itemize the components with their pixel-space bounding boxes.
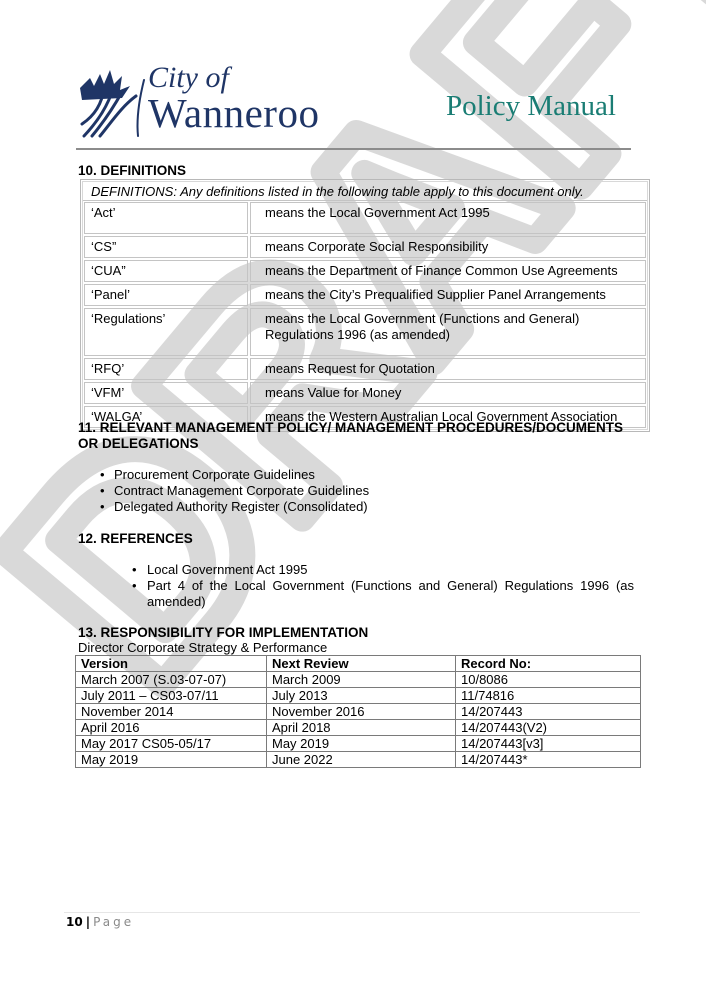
footer-separator: | bbox=[86, 915, 90, 929]
table-cell: July 2013 bbox=[267, 688, 456, 704]
definitions-caption: DEFINITIONS: Any definitions listed in t… bbox=[83, 182, 647, 201]
policy-manual-title: Policy Manual bbox=[446, 90, 616, 123]
definition-row: ‘Regulations’means the Local Government … bbox=[83, 307, 647, 357]
related-documents-list: Procurement Corporate Guidelines Contrac… bbox=[100, 467, 369, 515]
header-divider bbox=[76, 148, 631, 150]
list-item: Procurement Corporate Guidelines bbox=[100, 467, 369, 483]
table-row: November 2014November 201614/207443 bbox=[76, 704, 641, 720]
list-item: Delegated Authority Register (Consolidat… bbox=[100, 499, 369, 515]
column-header: Version bbox=[76, 656, 267, 672]
table-cell: 10/8086 bbox=[456, 672, 641, 688]
table-cell: July 2011 – CS03-07/11 bbox=[76, 688, 267, 704]
table-cell: March 2009 bbox=[267, 672, 456, 688]
section-11-heading-line1: 11. RELEVANT MANAGEMENT POLICY/ MANAGEME… bbox=[78, 420, 623, 436]
page-label: Page bbox=[93, 915, 134, 929]
section-10-heading: 10. DEFINITIONS bbox=[78, 163, 186, 179]
definition-row: ‘Act’means the Local Government Act 1995 bbox=[83, 201, 647, 235]
table-header-row: VersionNext ReviewRecord No: bbox=[76, 656, 641, 672]
responsible-officer: Director Corporate Strategy & Performanc… bbox=[78, 640, 327, 656]
table-row: May 2019June 202214/207443* bbox=[76, 752, 641, 768]
definition-row: ‘VFM’means Value for Money bbox=[83, 381, 647, 405]
table-cell: 14/207443 bbox=[456, 704, 641, 720]
table-row: May 2017 CS05-05/17May 201914/207443[v3] bbox=[76, 736, 641, 752]
table-cell: June 2022 bbox=[267, 752, 456, 768]
definition-description: means Corporate Social Responsibility bbox=[250, 236, 646, 258]
definition-term: ‘Act’ bbox=[84, 202, 248, 234]
table-cell: November 2014 bbox=[76, 704, 267, 720]
list-item: Local Government Act 1995 bbox=[124, 562, 634, 578]
version-history-table: VersionNext ReviewRecord No:March 2007 (… bbox=[75, 655, 641, 768]
definition-description: means the Department of Finance Common U… bbox=[250, 260, 646, 282]
section-11-heading-line2: OR DELEGATIONS bbox=[78, 436, 623, 452]
document-page: DRAFT City of Wanneroo Policy Manual 10.… bbox=[0, 0, 706, 1005]
definition-description: means Request for Quotation bbox=[250, 358, 646, 380]
definition-term: ‘Panel’ bbox=[84, 284, 248, 306]
table-cell: 11/74816 bbox=[456, 688, 641, 704]
table-cell: March 2007 (S.03-07-07) bbox=[76, 672, 267, 688]
kangaroo-paw-icon bbox=[78, 66, 146, 138]
definition-description: means the Local Government (Functions an… bbox=[250, 308, 646, 356]
table-row: July 2011 – CS03-07/11July 201311/74816 bbox=[76, 688, 641, 704]
page-number: 10 bbox=[66, 915, 83, 929]
list-item: Part 4 of the Local Government (Function… bbox=[124, 578, 634, 610]
references-list: Local Government Act 1995 Part 4 of the … bbox=[124, 562, 634, 610]
table-row: April 2016April 201814/207443(V2) bbox=[76, 720, 641, 736]
definition-description: means the Local Government Act 1995 bbox=[250, 202, 646, 234]
definition-term: ‘CS” bbox=[84, 236, 248, 258]
definition-row: ‘Panel’ means the City’s Prequalified Su… bbox=[83, 283, 647, 307]
definition-row: ‘CS”means Corporate Social Responsibilit… bbox=[83, 235, 647, 259]
table-cell: April 2016 bbox=[76, 720, 267, 736]
section-11-heading: 11. RELEVANT MANAGEMENT POLICY/ MANAGEME… bbox=[78, 420, 623, 452]
page-footer: 10|Page bbox=[66, 915, 134, 929]
definition-term: ‘CUA” bbox=[84, 260, 248, 282]
column-header: Record No: bbox=[456, 656, 641, 672]
table-row: March 2007 (S.03-07-07)March 200910/8086 bbox=[76, 672, 641, 688]
footer-divider bbox=[64, 912, 640, 913]
section-12-heading: 12. REFERENCES bbox=[78, 531, 193, 547]
table-cell: 14/207443[v3] bbox=[456, 736, 641, 752]
definition-term: ‘RFQ’ bbox=[84, 358, 248, 380]
definition-term: ‘VFM’ bbox=[84, 382, 248, 404]
definition-description: means Value for Money bbox=[250, 382, 646, 404]
table-cell: 14/207443* bbox=[456, 752, 641, 768]
column-header: Next Review bbox=[267, 656, 456, 672]
city-of-wanneroo-logo: City of Wanneroo bbox=[78, 62, 338, 142]
table-cell: 14/207443(V2) bbox=[456, 720, 641, 736]
definition-description: means the City’s Prequalified Supplier P… bbox=[250, 284, 646, 306]
table-cell: April 2018 bbox=[267, 720, 456, 736]
list-item: Contract Management Corporate Guidelines bbox=[100, 483, 369, 499]
section-13-heading: 13. RESPONSIBILITY FOR IMPLEMENTATION bbox=[78, 625, 368, 641]
definition-row: ‘RFQ’means Request for Quotation bbox=[83, 357, 647, 381]
table-cell: November 2016 bbox=[267, 704, 456, 720]
table-cell: May 2019 bbox=[76, 752, 267, 768]
table-cell: May 2017 CS05-05/17 bbox=[76, 736, 267, 752]
logo-line2: Wanneroo bbox=[148, 92, 319, 134]
definitions-table: DEFINITIONS: Any definitions listed in t… bbox=[80, 179, 650, 432]
table-cell: May 2019 bbox=[267, 736, 456, 752]
definition-term: ‘Regulations’ bbox=[84, 308, 248, 356]
definition-row: ‘CUA”means the Department of Finance Com… bbox=[83, 259, 647, 283]
